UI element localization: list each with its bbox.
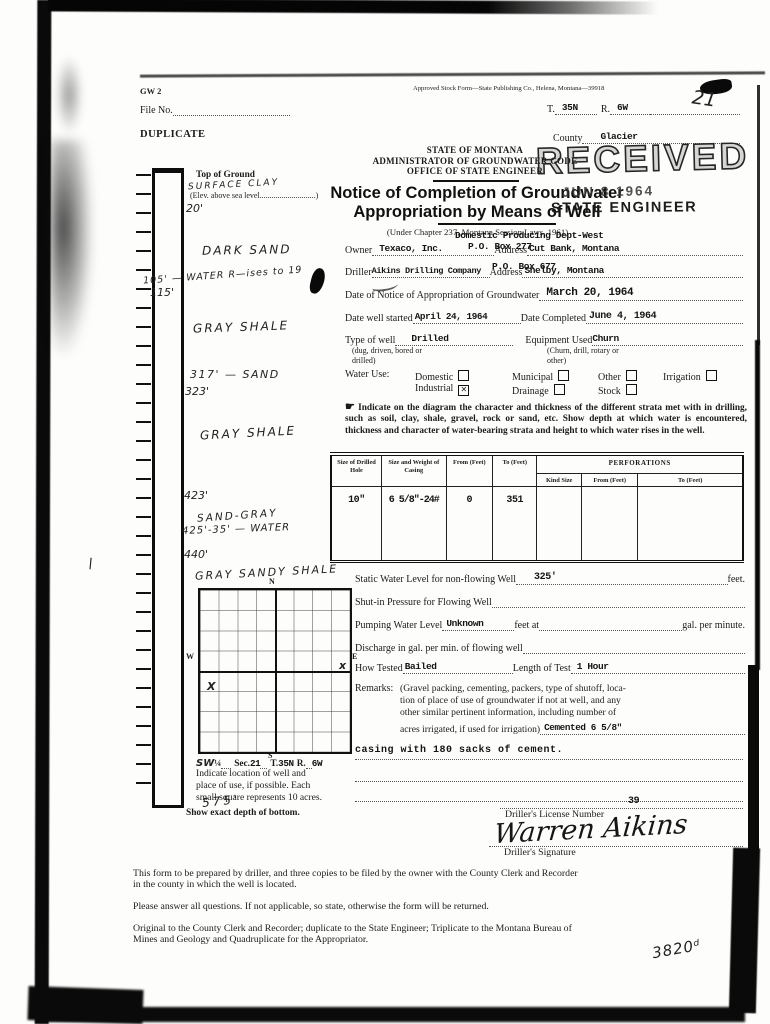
- col-header-to: To (Feet): [493, 454, 537, 486]
- remarks-line4: acres irrigated, if used for irrigation): [400, 724, 540, 735]
- cell-perf-from: [581, 486, 638, 561]
- strata-depth-323: 323': [185, 385, 209, 398]
- equipment-label: Equipment Used: [525, 335, 592, 346]
- ink-blot: [308, 267, 327, 295]
- water-use-domestic: Domestic: [415, 369, 469, 383]
- how-tested-value: Bailed: [405, 661, 437, 672]
- scan-right-line-mid: [755, 340, 760, 670]
- compass-e: E: [352, 652, 357, 661]
- owner-address-blank: Cut Bank, Montana: [527, 243, 743, 256]
- approved-stock-line: Approved Stock Form—State Publishing Co.…: [413, 85, 604, 92]
- water-use-municipal-label: Municipal: [512, 372, 553, 383]
- township-label: T.: [547, 104, 555, 115]
- license-number-value: 39: [628, 796, 639, 807]
- township-value: 35N: [562, 102, 578, 113]
- shutin-row: Shut-in Pressure for Flowing Well: [355, 595, 745, 608]
- strata-gray-shale-1: GRAY SHALE: [193, 318, 290, 335]
- col-header-perf-kind: Kind Size: [537, 474, 581, 487]
- shutin-blank: [492, 595, 745, 608]
- stock-checkbox: [626, 384, 637, 395]
- water-use-stock: Stock: [598, 383, 637, 397]
- section-grid: [198, 588, 352, 754]
- static-level-label: Static Water Level for non-flowing Well: [355, 574, 516, 585]
- range-blank: 6W: [610, 102, 650, 115]
- water-use-other: Other: [598, 369, 637, 383]
- strata-water-425: 425'-35' — WATER: [182, 522, 290, 537]
- water-use-industrial: Industrial✕: [415, 383, 469, 395]
- equip-hint-line1: (Churn, drill, rotary or: [547, 346, 619, 356]
- margin-slash-mark: \: [86, 556, 94, 573]
- type-of-well-blank: Drilled: [395, 333, 513, 346]
- water-use-industrial-label: Industrial: [415, 383, 453, 394]
- range-value: 6W: [617, 102, 628, 113]
- owner-dept-typed: Domestic Producing Dept-West: [455, 230, 603, 241]
- handwritten-section-number: 21: [691, 86, 718, 111]
- remarks-label: Remarks:: [355, 683, 393, 694]
- industrial-checkbox: ✕: [458, 385, 469, 396]
- water-use-municipal: Municipal: [512, 369, 569, 383]
- pumping-level-label: Pumping Water Level: [355, 620, 442, 631]
- notice-date-value: March 20, 1964: [546, 287, 633, 299]
- owner-blank: Texaco, Inc.: [372, 243, 494, 256]
- remarks-typed-end: Cemented 6 5/8": [544, 722, 622, 733]
- footer-p3-line1: Original to the County Clerk and Recorde…: [133, 923, 743, 934]
- municipal-checkbox: [558, 370, 569, 381]
- strata-gray-shale-2: GRAY SHALE: [200, 423, 297, 442]
- grid-cross-horizontal: [200, 671, 350, 673]
- strata-sand-317: 317' — SAND: [190, 368, 280, 381]
- static-level-unit: feet.: [728, 574, 746, 585]
- drainage-checkbox: [554, 384, 565, 395]
- agency-rule: [433, 180, 519, 182]
- pumping-mid-label: feet at: [514, 620, 539, 631]
- remarks-typed-line2: casing with 180 sacks of cement.: [355, 745, 563, 756]
- strata-depth-423: 423': [184, 489, 208, 502]
- equip-hint: (Churn, drill, rotary or other): [547, 346, 619, 365]
- received-stamp-agency: STATE ENGINEER: [551, 199, 697, 216]
- diagram-instruction-text: Indicate on the diagram the character an…: [345, 403, 747, 436]
- driller-row: Driller Aikins Drilling Company Address …: [345, 265, 743, 278]
- driller-label: Driller: [345, 267, 372, 278]
- length-of-test-value: 1 Hour: [577, 661, 609, 672]
- footer-paragraph-3: Original to the County Clerk and Recorde…: [133, 923, 743, 946]
- scan-left-edge-bar: [35, 0, 52, 1024]
- col-header-hole: Size of Drilled Hole: [331, 454, 381, 486]
- cell-perf-kind: [537, 486, 581, 561]
- file-no-row: File No.: [140, 103, 290, 116]
- water-use-label: Water Use:: [345, 369, 389, 380]
- manicule-icon: ☛: [345, 401, 355, 413]
- water-use-drainage-label: Drainage: [512, 386, 549, 397]
- casing-table: Size of Drilled Hole Size and Weight of …: [330, 452, 744, 563]
- water-use-irrigation-label: Irrigation: [663, 372, 701, 383]
- owner-row: Owner Texaco, Inc. Address Cut Bank, Mon…: [345, 243, 743, 256]
- how-tested-label: How Tested: [355, 663, 403, 674]
- driller-value: Aikins Drilling Company: [372, 266, 481, 276]
- pumping-gal-blank: [539, 618, 682, 631]
- received-stamp-word: RECEIVED: [535, 135, 749, 183]
- cell-perf-to: [638, 486, 743, 561]
- how-tested-row: How Tested Bailed Length of Test 1 Hour: [355, 661, 745, 674]
- cell-hole: 10": [331, 486, 381, 561]
- remarks-blank-line3: [355, 800, 743, 802]
- length-of-test-blank: 1 Hour: [571, 661, 745, 674]
- col-header-perforations: PERFORATIONS: [537, 454, 743, 474]
- type-equip-row: Type of well Drilled Equipment Used Chur…: [345, 333, 743, 346]
- signature-label: Driller's Signature: [504, 847, 576, 858]
- cell-to: 351: [493, 486, 537, 561]
- water-use-domestic-label: Domestic: [415, 372, 453, 383]
- equip-hint-line2: other): [547, 356, 619, 366]
- strata-dark-sand: DARK SAND: [202, 242, 292, 258]
- static-level-blank: 325': [516, 572, 727, 585]
- irrigation-checkbox: [706, 370, 717, 381]
- other-checkbox: [626, 370, 637, 381]
- notice-date-label: Date of Notice of Appropriation of Groun…: [345, 290, 539, 301]
- well-location-mark: X: [207, 680, 215, 693]
- received-stamp-date: JUN 8 1964: [562, 183, 654, 200]
- notice-date-row: Date of Notice of Appropriation of Groun…: [345, 288, 743, 301]
- owner-value: Texaco, Inc.: [379, 243, 443, 254]
- discharge-blank: [523, 641, 745, 654]
- scanned-groundwater-form: { "header": { "form_code": "GW 2", "appr…: [0, 0, 770, 1024]
- type-of-well-value: Drilled: [411, 333, 448, 344]
- elevation-label: (Elev. above sea level..................…: [190, 191, 318, 200]
- remarks-underline1: [355, 758, 743, 760]
- col-header-perf-from: From (Feet): [581, 474, 638, 487]
- title-underline: [438, 223, 556, 225]
- scan-right-line-upper: [757, 85, 760, 345]
- type-hint-line2: drilled): [352, 356, 422, 366]
- strata-gray-sandy-shale: GRAY SANDY SHALE: [195, 562, 339, 582]
- scan-left-smudge-small: [55, 55, 83, 135]
- remarks-line3: other similar pertinent information, inc…: [400, 707, 745, 719]
- depth-bottom-label: Show exact depth of bottom.: [186, 808, 300, 818]
- depth-ruler-ticks: [136, 174, 151, 798]
- compass-n: N: [269, 577, 275, 586]
- driller-address-value: Shelby, Montana: [524, 265, 604, 276]
- range-label: R.: [601, 104, 610, 115]
- remarks-paren-block: (Gravel packing, cementing, packers, typ…: [400, 683, 745, 718]
- table-row: 10" 6 5/8"-24# 0 351: [331, 486, 743, 561]
- paper-edge-line: [140, 71, 765, 77]
- col-header-perf-to: To (Feet): [638, 474, 743, 487]
- remarks-blank-line2: [355, 780, 743, 782]
- map-note-line2: place of use, if possible. Each: [196, 780, 362, 792]
- water-use-stock-label: Stock: [598, 386, 621, 397]
- depth-ruler: [152, 168, 184, 808]
- industrial-check-mark: ✕: [460, 385, 467, 394]
- col-header-from: From (Feet): [446, 454, 492, 486]
- diagram-instruction: ☛ Indicate on the diagram the character …: [345, 402, 747, 437]
- strata-depth-115: 115': [150, 286, 174, 299]
- static-level-value: 325': [534, 572, 556, 583]
- static-level-row: Static Water Level for non-flowing Well …: [355, 572, 745, 585]
- remarks-line1: (Gravel packing, cementing, packers, typ…: [400, 683, 745, 695]
- owner-label: Owner: [345, 245, 372, 256]
- water-use-drainage: Drainage: [512, 383, 565, 397]
- strata-depth-20: 20': [186, 202, 203, 215]
- remarks-line2: tion of place of use of groundwater if n…: [400, 695, 745, 707]
- date-started-label: Date well started: [345, 313, 413, 324]
- equipment-blank: Churn: [592, 333, 743, 346]
- cell-casing: 6 5/8"-24#: [381, 486, 446, 561]
- discharge-row: Discharge in gal. per min. of flowing we…: [355, 641, 745, 654]
- notice-date-blank: March 20, 1964: [539, 288, 743, 301]
- date-completed-blank: June 4, 1964: [586, 311, 743, 324]
- footer-p2-line1: Please answer all questions. If not appl…: [133, 901, 743, 912]
- date-started-value: April 24, 1964: [415, 311, 488, 322]
- map-note-line1: Indicate location of well and: [196, 768, 362, 780]
- shutin-label: Shut-in Pressure for Flowing Well: [355, 597, 492, 608]
- scan-left-smudge: [50, 140, 94, 360]
- date-completed-value: June 4, 1964: [589, 311, 656, 322]
- owner-address-label: Address: [494, 245, 527, 256]
- water-use-irrigation: Irrigation: [663, 369, 717, 383]
- township-blank: 35N: [555, 102, 597, 115]
- pumping-level-value: Unknown: [446, 618, 483, 629]
- date-started-blank: April 24, 1964: [413, 311, 521, 324]
- compass-w: W: [186, 652, 194, 661]
- how-tested-blank: Bailed: [403, 661, 513, 674]
- cell-from: 0: [446, 486, 492, 561]
- type-hint-line1: (dug, driven, bored or: [352, 346, 422, 356]
- owner-address-value: Cut Bank, Montana: [529, 243, 619, 254]
- footer-p1-line2: in the county in which the well is locat…: [133, 879, 743, 890]
- scan-right-band-lower: [748, 665, 759, 855]
- dates-row: Date well started April 24, 1964 Date Co…: [345, 311, 743, 324]
- driller-blank: Aikins Drilling Company: [372, 265, 490, 278]
- scan-bottom-band: [40, 1007, 745, 1022]
- file-no-blank: [173, 103, 290, 116]
- scan-top-band: [48, 0, 658, 15]
- discharge-label: Discharge in gal. per min. of flowing we…: [355, 643, 523, 654]
- scan-bottom-left-corner: [27, 986, 143, 1024]
- date-completed-label: Date Completed: [521, 313, 586, 324]
- remarks-line4-row: acres irrigated, if used for irrigation)…: [400, 722, 745, 735]
- col-header-casing: Size and Weight of Casing: [381, 454, 446, 486]
- form-code: GW 2: [140, 86, 161, 96]
- footer-paragraph-1: This form to be prepared by driller, and…: [133, 868, 743, 891]
- driller-address-blank: Shelby, Montana: [522, 265, 743, 278]
- footer-p1-line1: This form to be prepared by driller, and…: [133, 868, 743, 879]
- type-of-well-label: Type of well: [345, 335, 395, 346]
- equipment-value: Churn: [592, 333, 619, 344]
- file-no-label: File No.: [140, 105, 173, 116]
- strata-depth-440: 440': [184, 548, 208, 561]
- remarks-typed-blank: Cemented 6 5/8": [540, 722, 745, 735]
- driller-address-label: Address: [490, 267, 523, 278]
- domestic-checkbox: [458, 370, 469, 381]
- footer-paragraph-2: Please answer all questions. If not appl…: [133, 901, 743, 912]
- length-of-test-label: Length of Test: [513, 663, 571, 674]
- water-use-other-label: Other: [598, 372, 621, 383]
- duplicate-label: DUPLICATE: [140, 129, 206, 140]
- pumping-level-blank: Unknown: [442, 618, 514, 631]
- pumping-level-row: Pumping Water Level Unknown feet at gal.…: [355, 618, 745, 631]
- type-hint: (dug, driven, bored or drilled): [352, 346, 422, 365]
- pumping-unit-label: gal. per minute.: [682, 620, 745, 631]
